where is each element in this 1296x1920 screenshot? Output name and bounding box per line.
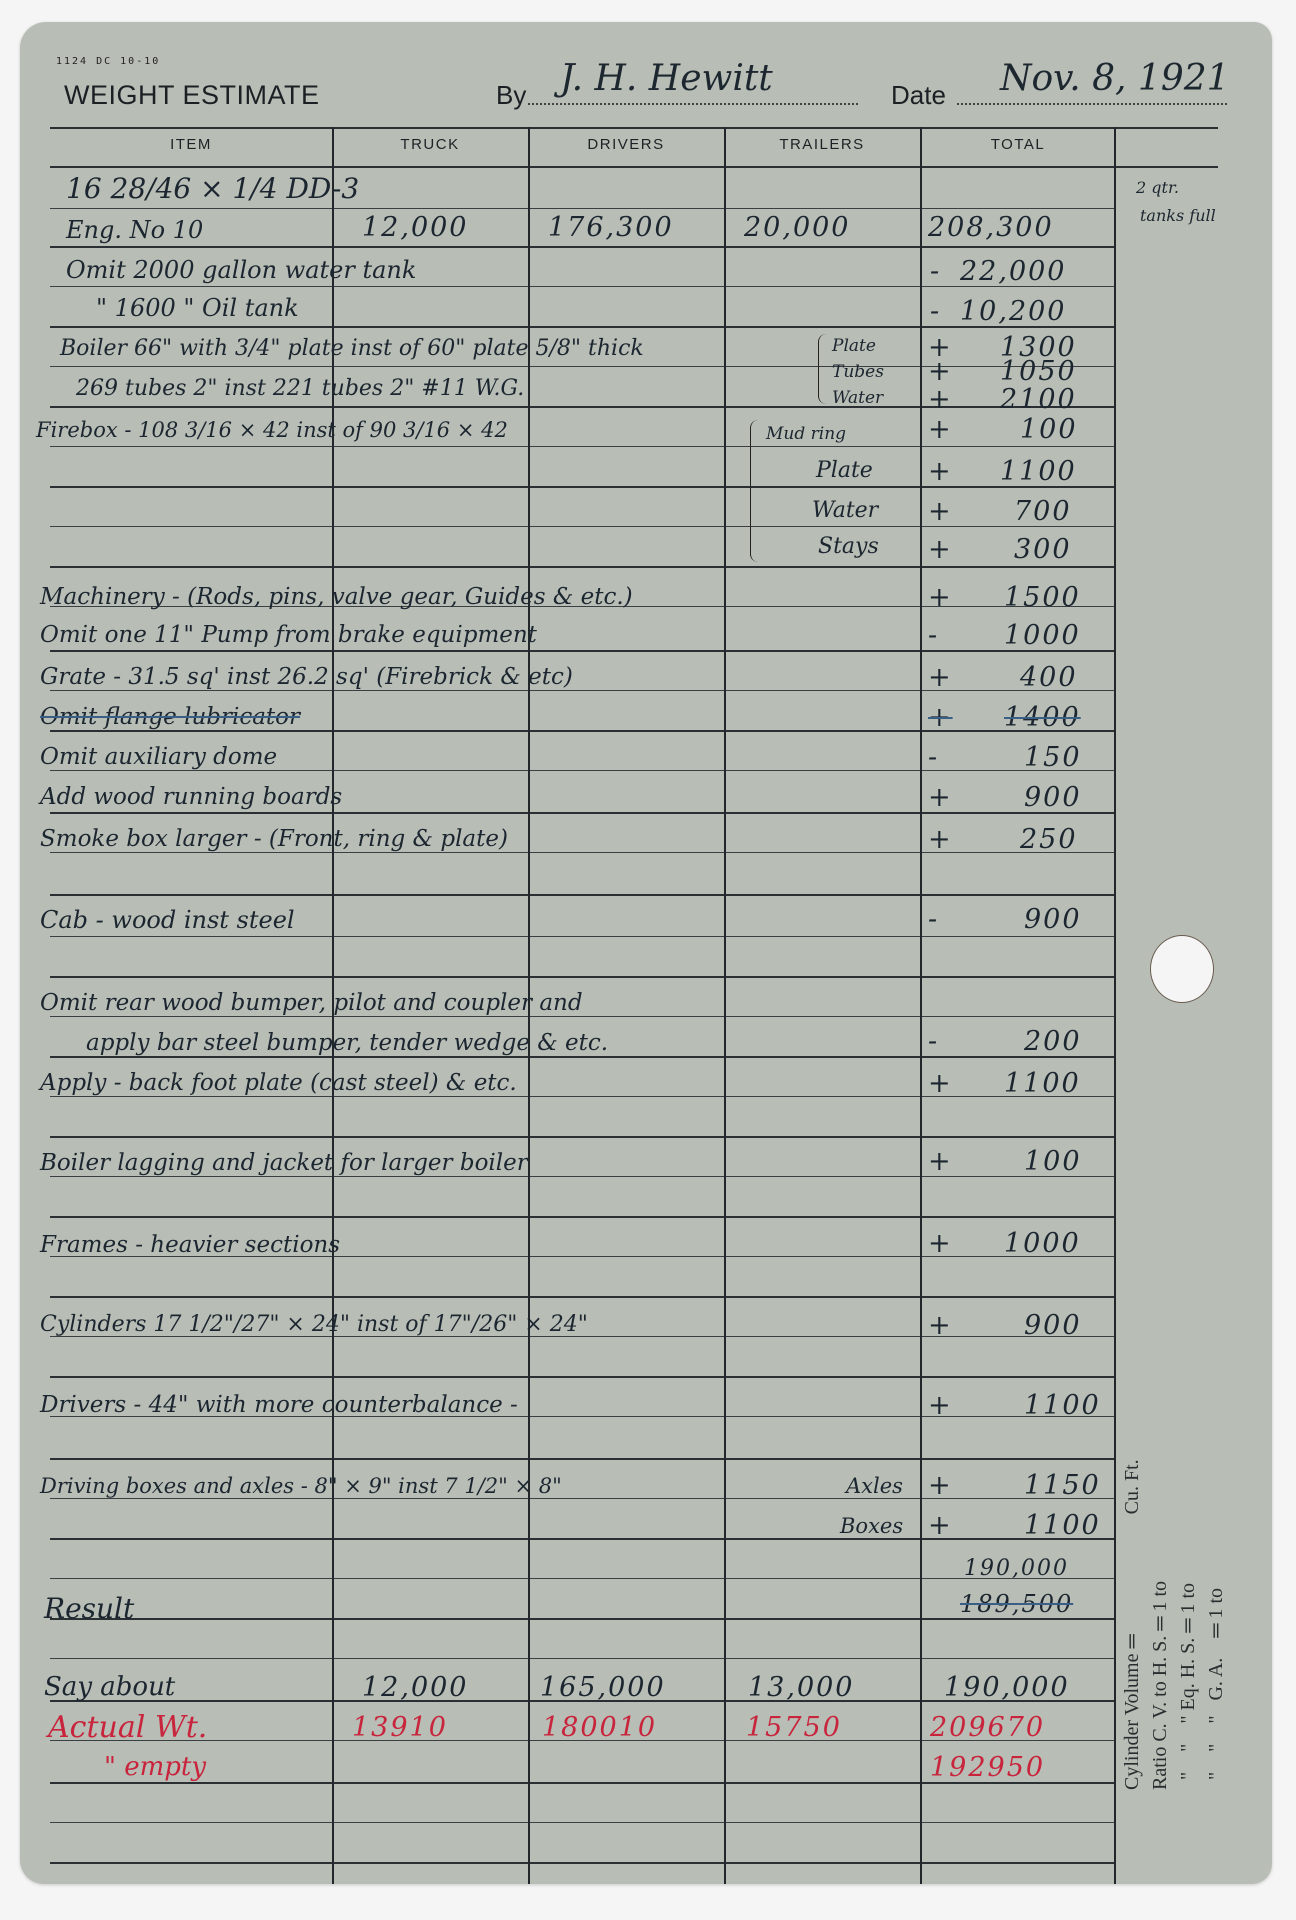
bracket xyxy=(818,334,829,404)
empty-weight-label: " empty xyxy=(104,1752,206,1782)
form-code: 1124 DC 10-10 xyxy=(56,56,160,67)
row-item: 269 tubes 2" inst 221 tubes 2" #11 W.G. xyxy=(76,376,524,401)
row-sign: - xyxy=(928,1026,939,1057)
row-total: 1150 xyxy=(1024,1470,1101,1501)
form-title: WEIGHT ESTIMATE xyxy=(64,80,320,111)
row-item: Firebox - 108 3/16 × 42 inst of 90 3/16 … xyxy=(36,418,508,442)
row-sign: + xyxy=(928,662,953,693)
row-total: 1100 xyxy=(1024,1390,1101,1421)
binder-hole xyxy=(1150,935,1214,1003)
row-item-struck: Omit flange lubricator xyxy=(40,704,300,730)
say-about-truck: 12,000 xyxy=(362,1672,468,1703)
row-item: Omit 2000 gallon water tank xyxy=(66,256,416,284)
row-total: 200 xyxy=(1024,1026,1082,1057)
row-total: 100 xyxy=(1024,1146,1082,1177)
row-sign: + xyxy=(928,414,953,445)
row-sign: - xyxy=(928,904,939,935)
row-sign: + xyxy=(928,496,953,527)
row-item: Smoke box larger - (Front, ring & plate) xyxy=(40,826,508,852)
row-sign: + xyxy=(928,456,953,487)
row-sign: + xyxy=(928,534,953,565)
column-header-item: ITEM xyxy=(50,136,332,153)
row-sub-label: Plate xyxy=(832,336,876,356)
row-item: Omit rear wood bumper, pilot and coupler… xyxy=(40,990,583,1016)
row-sub-label: Tubes xyxy=(832,362,884,382)
eng-truck-weight: 12,000 xyxy=(362,212,468,243)
row-total: 2100 xyxy=(1000,384,1077,415)
row-item: Cab - wood inst steel xyxy=(40,906,295,934)
row-sign: + xyxy=(928,1470,953,1501)
row-sign: - xyxy=(930,256,941,287)
bracket xyxy=(750,420,763,562)
row-item: Omit auxiliary dome xyxy=(40,744,277,770)
row-item: Cylinders 17 1/2"/27" × 24" inst of 17"/… xyxy=(40,1312,588,1337)
row-total: 100 xyxy=(1020,414,1078,445)
row-item: Driving boxes and axles - 8" × 9" inst 7… xyxy=(40,1474,562,1498)
row-total: 900 xyxy=(1024,904,1082,935)
row-sub-label: Mud ring xyxy=(766,424,846,444)
row-sign: + xyxy=(928,384,953,415)
date-field-line xyxy=(957,103,1227,105)
date-label: Date xyxy=(891,80,946,111)
actual-trailers: 15750 xyxy=(746,1712,842,1743)
column-header-total: TOTAL xyxy=(920,136,1116,153)
result-total-revised: 190,000 xyxy=(964,1556,1069,1581)
row-sign: + xyxy=(928,356,953,387)
row-total: 900 xyxy=(1024,1310,1082,1341)
row-sign: + xyxy=(928,782,953,813)
row-item: Frames - heavier sections xyxy=(40,1232,340,1258)
row-sub-label: Axles xyxy=(846,1474,903,1498)
row-item: apply bar steel bumper, tender wedge & e… xyxy=(86,1030,608,1056)
cylinder-ratio-print: Cylinder Volume ═ Cu. Ft. Ratio C. V. to… xyxy=(1118,1459,1230,1790)
row-total: 1100 xyxy=(1000,456,1077,487)
row-total: 300 xyxy=(1014,534,1072,565)
row-sign: - xyxy=(928,620,939,651)
row-total-struck: 1400 xyxy=(1004,702,1081,733)
row-sign: + xyxy=(928,1510,953,1541)
row-item: Boiler 66" with 3/4" plate inst of 60" p… xyxy=(60,336,644,361)
date-value: Nov. 8, 1921 xyxy=(1000,58,1230,99)
result-total-struck: 189,500 xyxy=(960,1590,1073,1618)
result-label: Result xyxy=(44,1592,134,1625)
by-signature: J. H. Hewitt xyxy=(560,58,773,99)
row-engine-class: 16 28/46 × 1/4 DD-3 xyxy=(66,172,359,205)
row-item: Apply - back foot plate (cast steel) & e… xyxy=(40,1070,517,1096)
by-field-line xyxy=(528,103,858,105)
row-sign: - xyxy=(928,742,939,773)
row-total: 1050 xyxy=(1000,356,1077,387)
row-total: 250 xyxy=(1020,824,1078,855)
say-about-drivers: 165,000 xyxy=(540,1672,666,1703)
row-total: 1100 xyxy=(1004,1068,1081,1099)
row-sign: + xyxy=(928,1390,953,1421)
row-sub-label: Water xyxy=(832,388,883,408)
row-sign: + xyxy=(928,1146,953,1177)
empty-total: 192950 xyxy=(930,1752,1045,1783)
row-sign: + xyxy=(928,1310,953,1341)
by-label: By xyxy=(496,80,526,111)
row-total: 150 xyxy=(1024,742,1082,773)
row-item: Omit one 11" Pump from brake equipment xyxy=(40,622,537,648)
row-sign-struck: + xyxy=(928,702,953,733)
row-eng-no: Eng. No 10 xyxy=(66,216,203,244)
column-header-drivers: DRIVERS xyxy=(528,136,724,153)
say-about-label: Say about xyxy=(44,1672,175,1702)
actual-total: 209670 xyxy=(930,1712,1045,1743)
say-about-trailers: 13,000 xyxy=(748,1672,854,1703)
eng-drivers-weight: 176,300 xyxy=(548,212,674,243)
eng-total-weight: 208,300 xyxy=(928,212,1054,243)
eng-trailers-weight: 20,000 xyxy=(744,212,850,243)
row-total: 1500 xyxy=(1004,582,1081,613)
row-total: 700 xyxy=(1014,496,1072,527)
row-total: 1000 xyxy=(1004,1228,1081,1259)
row-sign: + xyxy=(928,582,953,613)
row-sign: + xyxy=(928,1228,953,1259)
row-sub-label: Boxes xyxy=(840,1514,903,1538)
actual-drivers: 180010 xyxy=(542,1712,657,1743)
row-sign: + xyxy=(928,1068,953,1099)
actual-truck: 13910 xyxy=(352,1712,448,1743)
row-sub-label: Plate xyxy=(816,458,873,483)
row-total: 400 xyxy=(1020,662,1078,693)
row-sub-label: Stays xyxy=(818,534,879,559)
actual-weight-label: Actual Wt. xyxy=(48,1710,207,1745)
margin-note-line-1: 2 qtr. xyxy=(1136,178,1179,197)
row-item: Boiler lagging and jacket for larger boi… xyxy=(40,1150,528,1176)
row-total: 10,200 xyxy=(960,296,1066,327)
row-sub-label: Water xyxy=(812,498,878,523)
column-header-trailers: TRAILERS xyxy=(724,136,920,153)
row-item: Add wood running boards xyxy=(40,784,342,810)
row-total: 1000 xyxy=(1004,620,1081,651)
column-header-truck: TRUCK xyxy=(332,136,528,153)
row-item: Grate - 31.5 sq' inst 26.2 sq' (Firebric… xyxy=(40,664,573,690)
row-sign: + xyxy=(928,824,953,855)
margin-note-line-2: tanks full xyxy=(1140,206,1216,225)
row-item: Drivers - 44" with more counterbalance - xyxy=(40,1392,518,1418)
row-total: 900 xyxy=(1024,782,1082,813)
row-item: " 1600 " Oil tank xyxy=(96,294,299,322)
row-total: 22,000 xyxy=(960,256,1066,287)
row-sign: - xyxy=(930,296,941,327)
row-total: 1100 xyxy=(1024,1510,1101,1541)
say-about-total: 190,000 xyxy=(944,1672,1070,1703)
row-item: Machinery - (Rods, pins, valve gear, Gui… xyxy=(40,584,633,610)
